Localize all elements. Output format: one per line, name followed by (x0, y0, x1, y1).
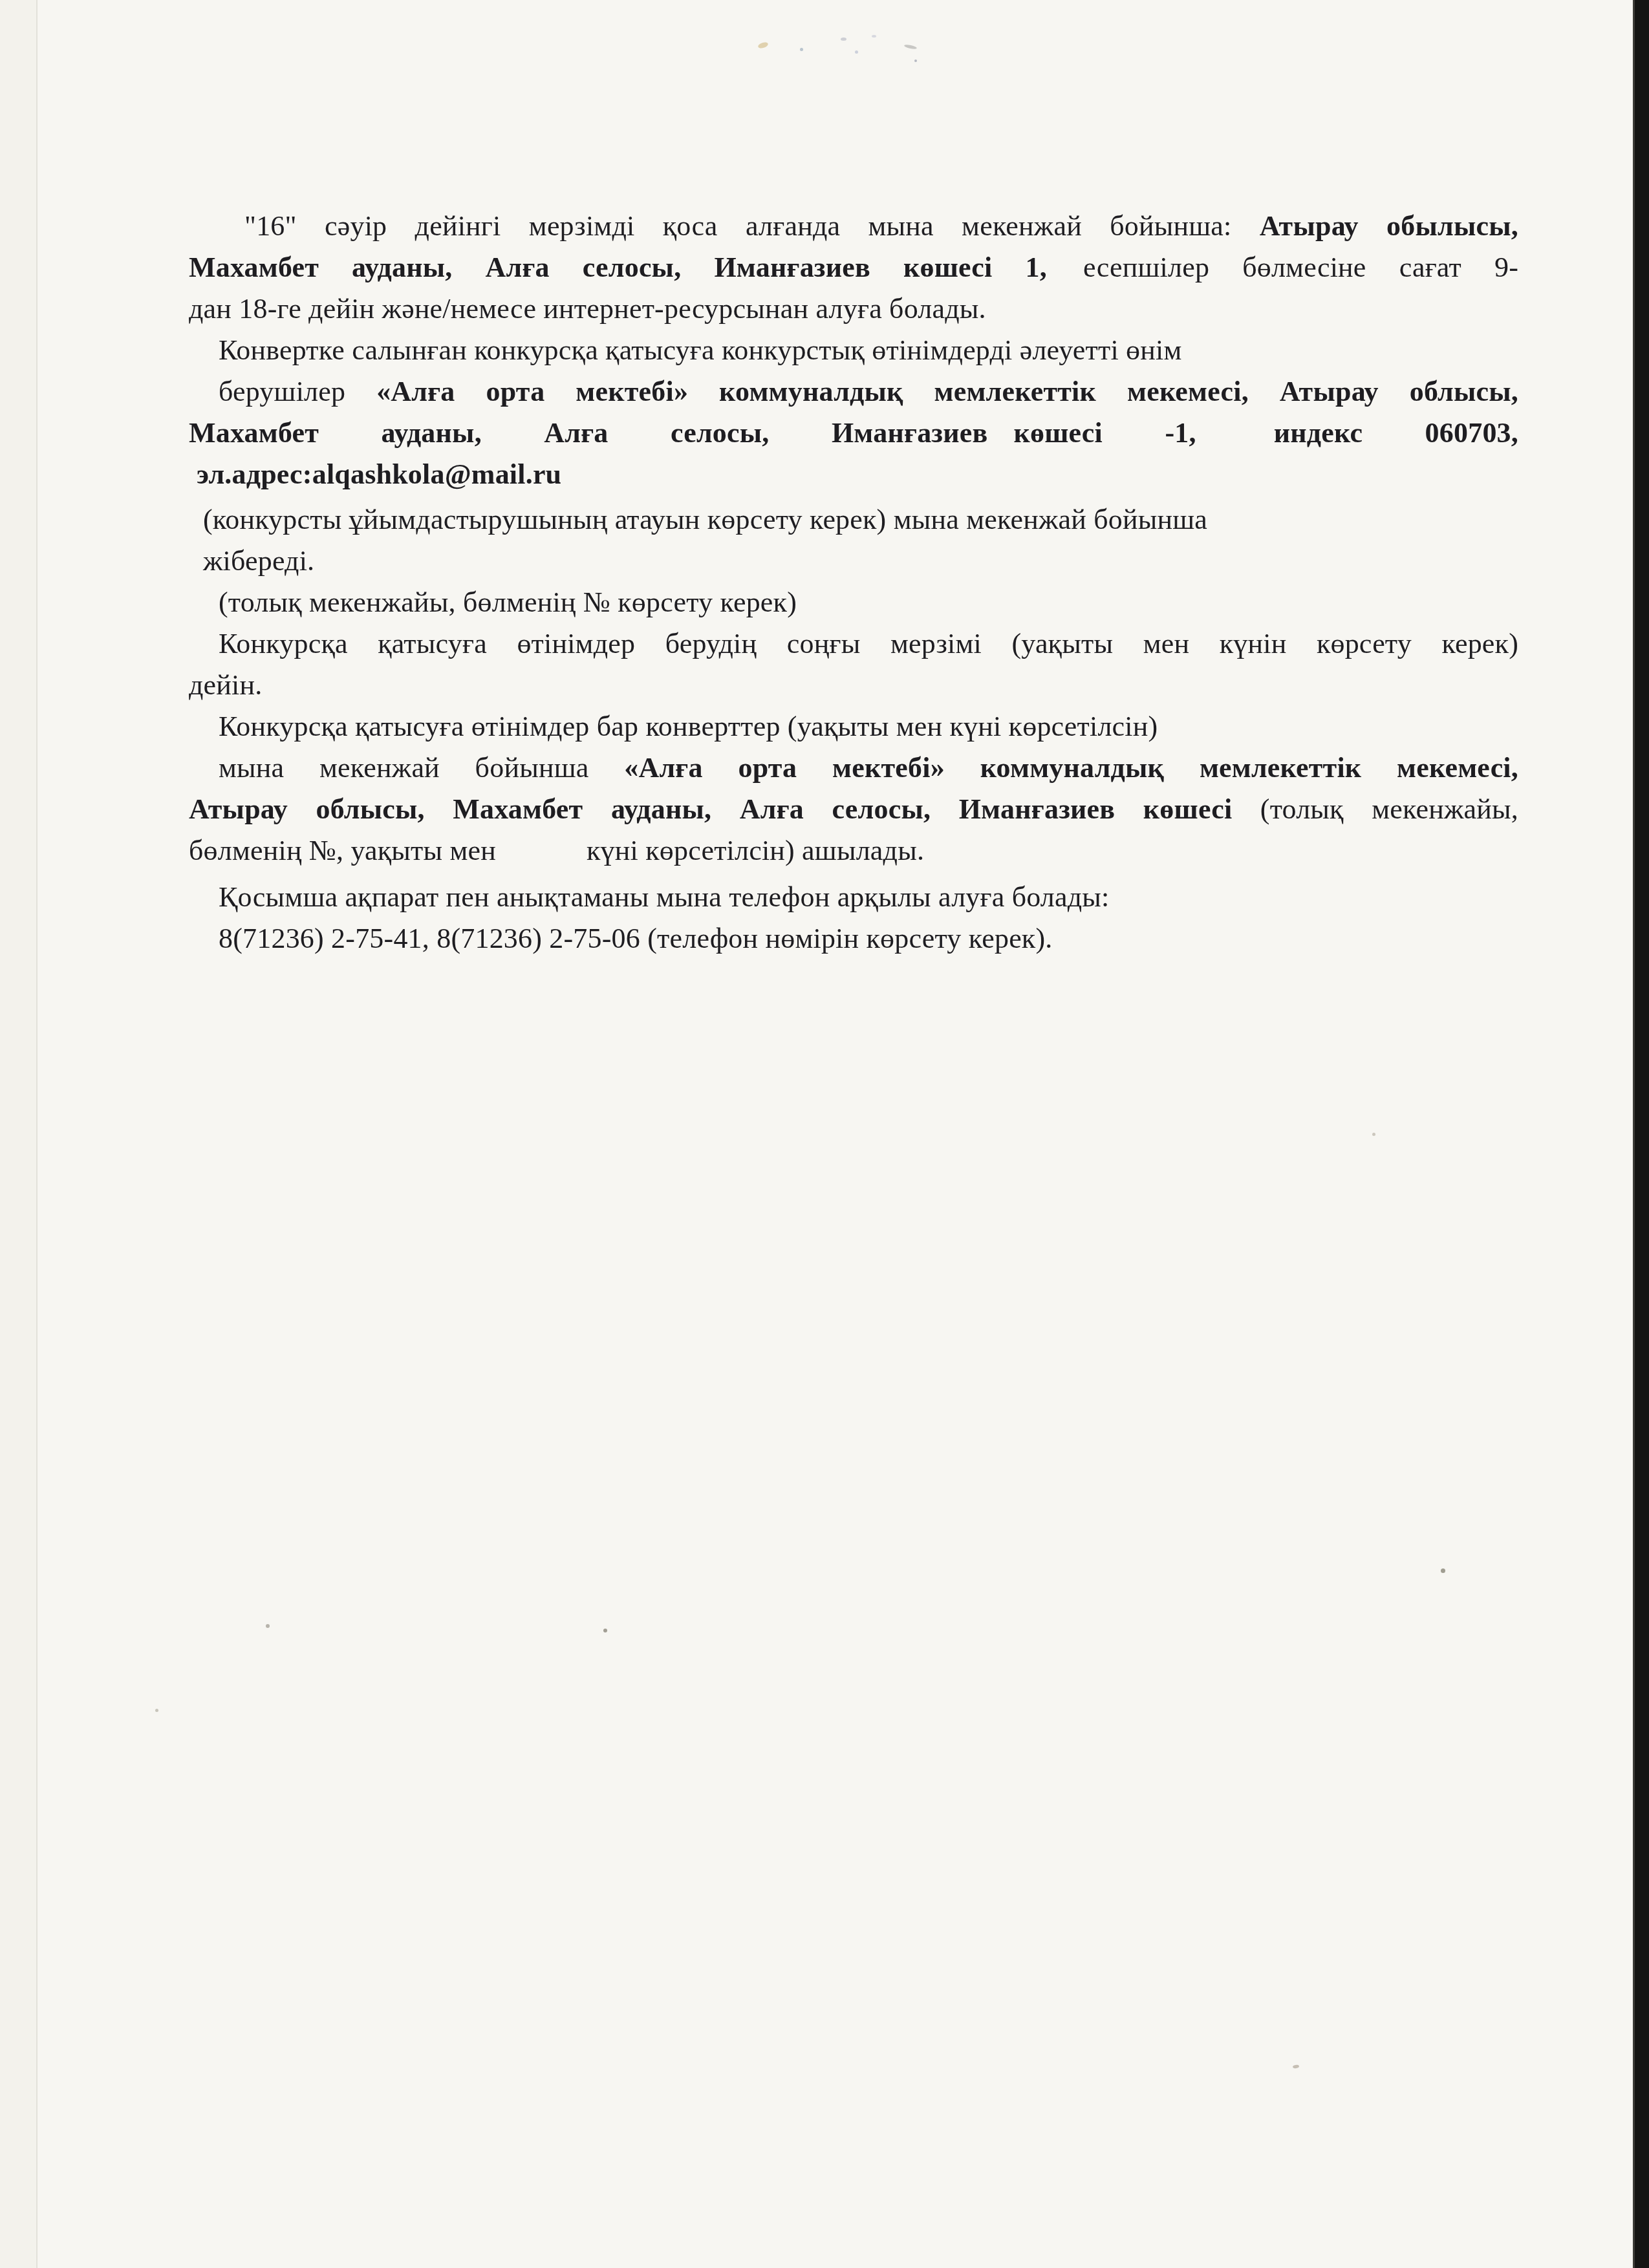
text-segment: бөлменің №, уақыты мен (189, 835, 496, 866)
line-11: Конкурсқа қатысуға өтінімдер берудің соң… (189, 623, 1518, 665)
text-segment: Конвертке салынған конкурсқа қатысуға ко… (219, 334, 1181, 366)
text-segment: (толық мекенжайы, (1260, 793, 1518, 825)
scan-speck (1293, 2064, 1300, 2069)
line-06: Махамбет ауданы, Алға селосы, Иманғазиев… (189, 412, 1518, 454)
email-address: эл.адрес:alqashkola@mail.ru (197, 458, 561, 490)
line-04: Конвертке салынған конкурсқа қатысуға ко… (189, 330, 1518, 371)
text-segment: "16" сәуір дейінгі мерзімді қоса алғанда… (244, 210, 1260, 242)
text-segment: күні көрсетілсін) ашылады. (587, 835, 924, 866)
tab-gap (987, 441, 1013, 442)
line-01: "16" сәуір дейінгі мерзімді қоса алғанда… (189, 206, 1518, 247)
text-segment: (толық мекенжайы, бөлменің № көрсету кер… (219, 586, 797, 618)
scan-edge-shadow (1633, 0, 1649, 2268)
text-segment-bold: Махамбет ауданы, Алға селосы, Иманғазиев (189, 417, 987, 449)
line-07: эл.адрес:alqashkola@mail.ru (189, 454, 1518, 495)
text-segment: есепшілер бөлмесіне сағат 9- (1083, 251, 1518, 283)
line-15: Атырау облысы, Махамбет ауданы, Алға сел… (189, 789, 1518, 830)
letter-body: "16" сәуір дейінгі мерзімді қоса алғанда… (189, 206, 1518, 959)
line-12: дейін. (189, 665, 1518, 706)
text-segment-bold: көшесі -1, (1013, 417, 1196, 449)
scanned-document-page: "16" сәуір дейінгі мерзімді қоса алғанда… (0, 0, 1649, 2268)
tab-gap (496, 859, 587, 860)
text-segment-bold: Махамбет ауданы, Алға селосы, Иманғазиев… (189, 251, 1047, 283)
text-segment-bold: Атырау обылысы, (1260, 210, 1518, 242)
line-14: мына мекенжай бойынша «Алға орта мектебі… (189, 747, 1518, 789)
tab-gap (1196, 441, 1274, 442)
phone-numbers: 8(71236) 2-75-41, 8(71236) 2-75-06 (теле… (219, 923, 1053, 954)
scan-speck (266, 1624, 270, 1628)
line-18: 8(71236) 2-75-41, 8(71236) 2-75-06 (теле… (189, 918, 1518, 959)
scan-speck (603, 1629, 607, 1632)
text-segment-bold: «Алға орта мектебі» коммуналдық мемлекет… (376, 376, 1518, 407)
scan-speck (904, 44, 918, 50)
page-edge-line (36, 0, 38, 2268)
scan-speck (914, 59, 917, 62)
text-segment: дейін. (189, 669, 262, 701)
line-17: Қосымша ақпарат пен анықтаманы мына теле… (189, 877, 1518, 918)
text-segment: берушілер (219, 376, 376, 407)
text-segment: дан 18-ге дейін және/немесе интернет-рес… (189, 293, 986, 325)
tab-gap (1047, 275, 1083, 277)
scan-speck (155, 1709, 158, 1712)
text-segment: (конкурсты ұйымдастырушының атауын көрсе… (203, 504, 1207, 535)
scan-speck (1372, 1133, 1375, 1136)
scan-speck (757, 41, 769, 50)
scan-speck (800, 48, 803, 51)
text-segment-bold: индекс 060703, (1274, 417, 1518, 449)
line-08: (конкурсты ұйымдастырушының атауын көрсе… (189, 499, 1518, 540)
text-segment-bold: Атырау облысы, Махамбет ауданы, Алға сел… (189, 793, 1260, 825)
text-segment: мына мекенжай бойынша (219, 752, 624, 784)
scan-speck (855, 50, 858, 54)
line-05: берушілер «Алға орта мектебі» коммуналды… (189, 371, 1518, 412)
text-segment: Конкурсқа қатысуға өтінімдер бар конверт… (219, 711, 1158, 742)
page-left-margin-shade (0, 0, 36, 2268)
scan-speck (872, 35, 876, 37)
text-segment: жібереді. (203, 545, 314, 577)
line-13: Конкурсқа қатысуға өтінімдер бар конверт… (189, 706, 1518, 747)
text-segment: Қосымша ақпарат пен анықтаманы мына теле… (219, 881, 1110, 913)
line-09: жібереді. (189, 540, 1518, 582)
line-02: Махамбет ауданы, Алға селосы, Иманғазиев… (189, 247, 1518, 288)
line-16: бөлменің №, уақыты менкүні көрсетілсін) … (189, 830, 1518, 872)
line-10: (толық мекенжайы, бөлменің № көрсету кер… (189, 582, 1518, 623)
text-segment-bold: «Алға орта мектебі» коммуналдық мемлекет… (624, 752, 1518, 784)
scan-speck (1441, 1568, 1445, 1573)
scan-speck (841, 37, 846, 41)
text-segment: Конкурсқа қатысуға өтінімдер берудің соң… (219, 628, 1518, 659)
line-03: дан 18-ге дейін және/немесе интернет-рес… (189, 288, 1518, 330)
